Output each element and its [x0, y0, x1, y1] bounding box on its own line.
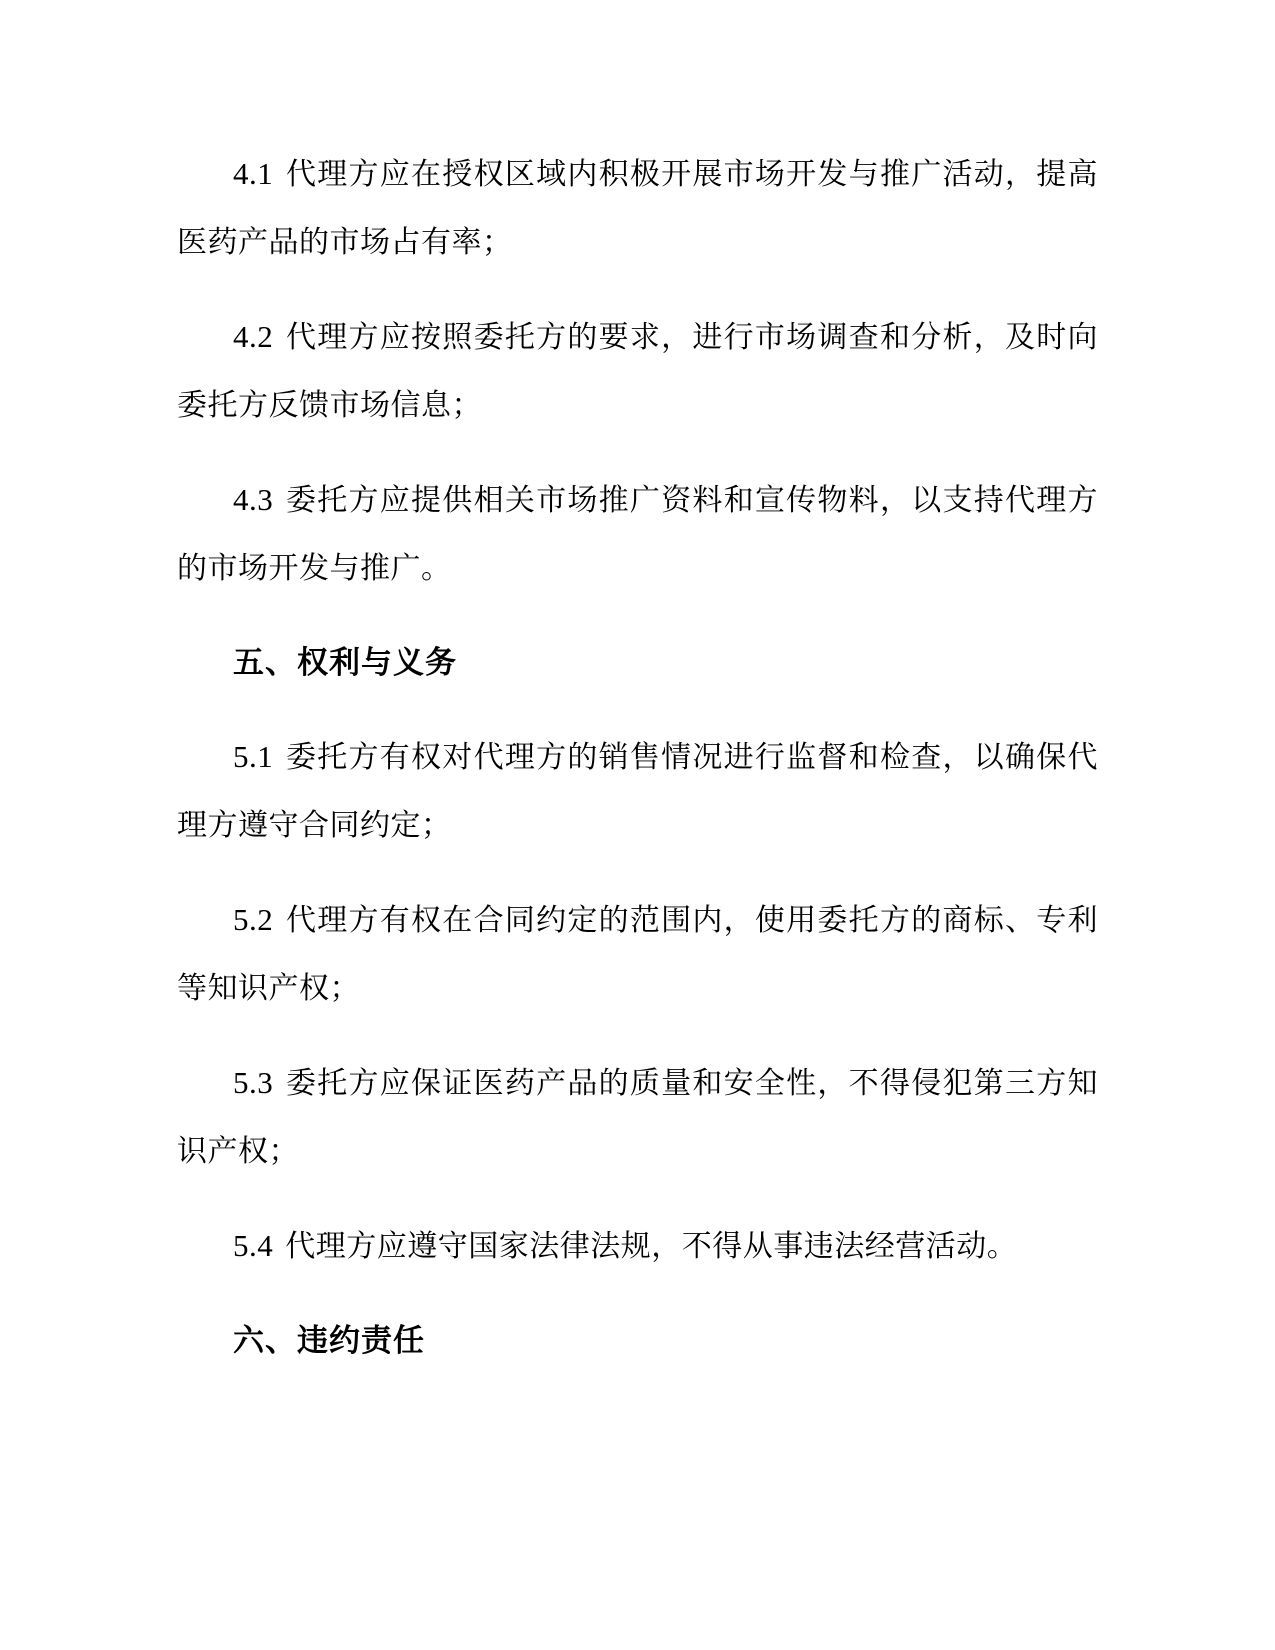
section-heading-rights-obligations: 五、权利与义务: [177, 629, 1098, 697]
clause-text: 委托方有权对代理方的销售情况进行监督和检查，以确保代理方遵守合同约定；: [177, 741, 1098, 842]
clause-number: 4.3: [233, 482, 273, 517]
clause-number: 5.3: [233, 1065, 273, 1100]
clause-5-3: 5.3委托方应保证医药产品的质量和安全性，不得侵犯第三方知识产权；: [177, 1049, 1098, 1186]
clause-text: 委托方应提供相关市场推广资料和宣传物料，以支持代理方的市场开发与推广。: [177, 484, 1098, 585]
clause-number: 5.4: [233, 1228, 273, 1263]
clause-4-2: 4.2代理方应按照委托方的要求，进行市场调查和分析，及时向委托方反馈市场信息；: [177, 303, 1098, 440]
clause-number: 5.1: [233, 739, 273, 774]
clause-5-4: 5.4代理方应遵守国家法律法规，不得从事违法经营活动。: [177, 1212, 1098, 1281]
clause-5-2: 5.2代理方有权在合同约定的范围内，使用委托方的商标、专利等知识产权；: [177, 886, 1098, 1023]
clause-4-3: 4.3委托方应提供相关市场推广资料和宣传物料，以支持代理方的市场开发与推广。: [177, 466, 1098, 603]
clause-text: 代理方应遵守国家法律法规，不得从事违法经营活动。: [285, 1230, 1017, 1263]
clause-number: 4.1: [233, 156, 273, 191]
clause-text: 委托方应保证医药产品的质量和安全性，不得侵犯第三方知识产权；: [177, 1067, 1098, 1168]
clause-number: 4.2: [233, 319, 273, 354]
clause-text: 代理方有权在合同约定的范围内，使用委托方的商标、专利等知识产权；: [177, 904, 1098, 1005]
clause-number: 5.2: [233, 902, 273, 937]
clause-text: 代理方应按照委托方的要求，进行市场调查和分析，及时向委托方反馈市场信息；: [177, 321, 1098, 422]
clause-4-1: 4.1代理方应在授权区域内积极开展市场开发与推广活动，提高医药产品的市场占有率；: [177, 140, 1098, 277]
contract-document-page: 4.1代理方应在授权区域内积极开展市场开发与推广活动，提高医药产品的市场占有率；…: [0, 0, 1275, 1650]
section-heading-breach-liability: 六、违约责任: [177, 1307, 1098, 1375]
clause-text: 代理方应在授权区域内积极开展市场开发与推广活动，提高医药产品的市场占有率；: [177, 158, 1098, 259]
clause-5-1: 5.1委托方有权对代理方的销售情况进行监督和检查，以确保代理方遵守合同约定；: [177, 723, 1098, 860]
